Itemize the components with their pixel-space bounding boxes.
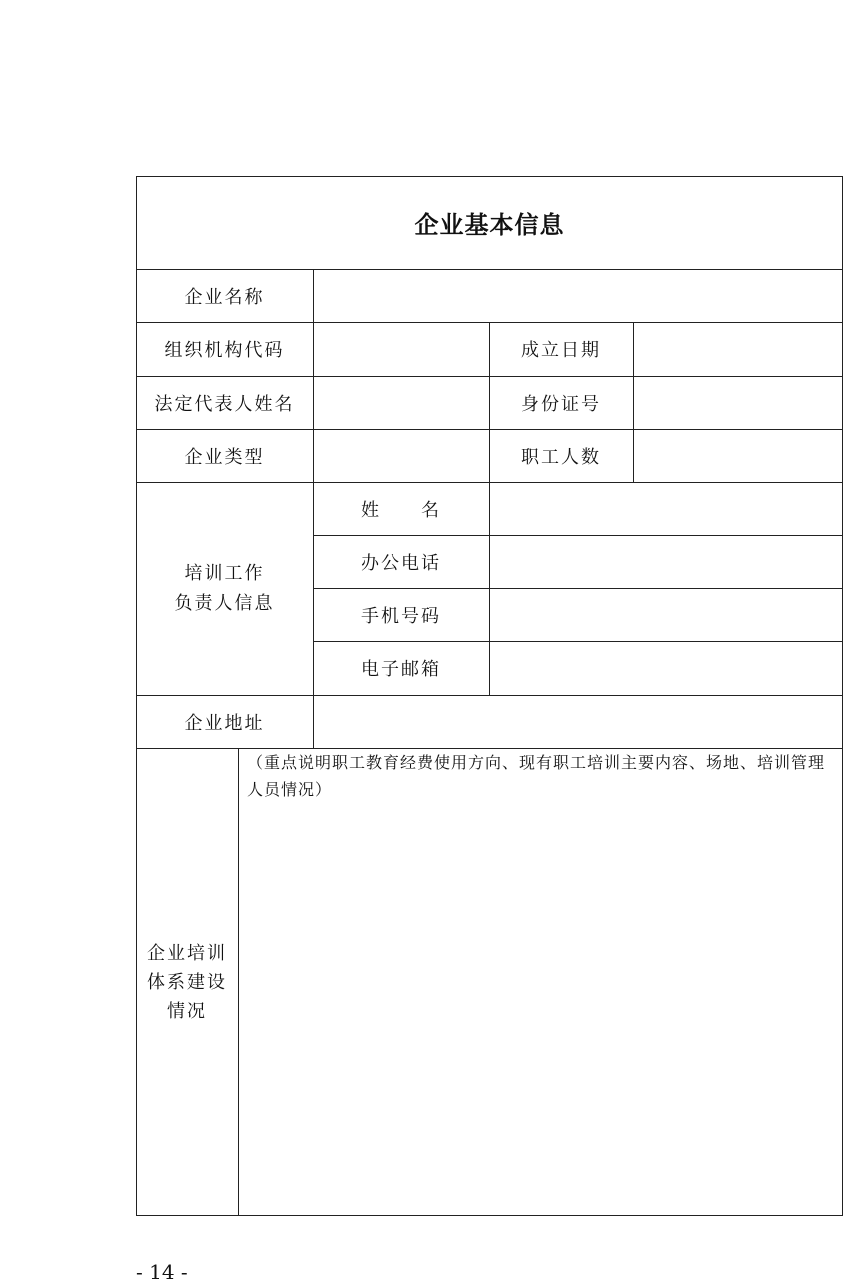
training-system-note-line2: 人员情况） xyxy=(247,776,842,803)
label-org-code: 组织机构代码 xyxy=(136,322,313,376)
training-system-field[interactable]: （重点说明职工教育经费使用方向、现有职工培训主要内容、场地、培训管理 人员情况） xyxy=(239,749,842,1215)
trainer-name-field[interactable] xyxy=(490,483,842,535)
id-number-field[interactable] xyxy=(634,377,842,429)
employee-count-field[interactable] xyxy=(634,430,842,482)
label-id-number: 身份证号 xyxy=(489,376,633,429)
training-system-note: （重点说明职工教育经费使用方向、现有职工培训主要内容、场地、培训管理 人员情况） xyxy=(247,749,842,803)
label-training-system: 企业培训 体系建设 情况 xyxy=(136,748,238,1216)
mobile-field[interactable] xyxy=(490,589,842,641)
address-field[interactable] xyxy=(314,696,842,748)
label-email: 电子邮箱 xyxy=(313,641,489,695)
legal-rep-name-field[interactable] xyxy=(314,377,489,429)
office-phone-field[interactable] xyxy=(490,536,842,588)
label-employee-count: 职工人数 xyxy=(489,429,633,482)
label-trainer-name: 姓 名 xyxy=(313,482,489,535)
label-trainer-group-line1: 培训工作 xyxy=(185,559,265,589)
label-legal-rep-name: 法定代表人姓名 xyxy=(136,376,313,429)
label-trainer-group-line2: 负责人信息 xyxy=(175,589,275,619)
email-field[interactable] xyxy=(490,642,842,695)
label-office-phone: 办公电话 xyxy=(313,535,489,588)
company-type-field[interactable] xyxy=(314,430,489,482)
training-system-note-line1: （重点说明职工教育经费使用方向、现有职工培训主要内容、场地、培训管理 xyxy=(247,749,842,776)
form-title: 企业基本信息 xyxy=(136,176,843,269)
label-founded-date: 成立日期 xyxy=(489,322,633,376)
org-code-field[interactable] xyxy=(314,323,489,376)
page-number: - 14 - xyxy=(136,1260,188,1282)
company-name-field[interactable] xyxy=(314,270,842,322)
label-training-system-line1: 企业培训 xyxy=(147,939,227,968)
label-training-system-line3: 情况 xyxy=(167,997,207,1026)
founded-date-field[interactable] xyxy=(634,323,842,376)
label-address: 企业地址 xyxy=(136,695,313,748)
label-company-name: 企业名称 xyxy=(136,269,313,322)
label-trainer-group: 培训工作 负责人信息 xyxy=(136,482,313,695)
label-mobile: 手机号码 xyxy=(313,588,489,641)
label-training-system-line2: 体系建设 xyxy=(147,968,227,997)
label-company-type: 企业类型 xyxy=(136,429,313,482)
